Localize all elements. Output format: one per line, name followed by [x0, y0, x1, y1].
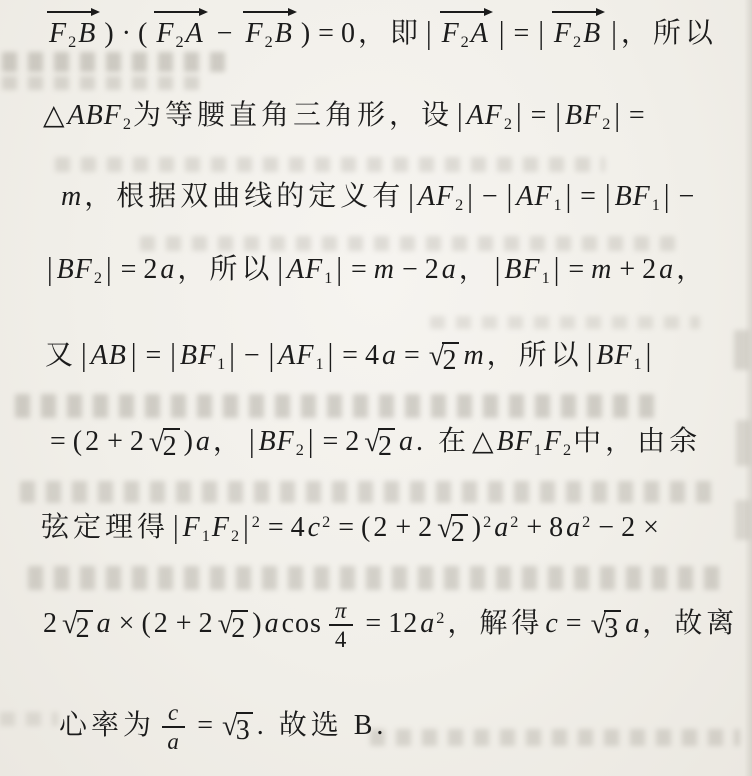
math-number: 2 — [621, 512, 636, 544]
subscript: 2 — [461, 33, 469, 52]
math-variable: a — [659, 254, 674, 286]
solution-line-9: 心率为ca=√3. 故选 B. — [58, 700, 388, 754]
bleed-through-smudge — [0, 712, 58, 726]
math-operator: − — [402, 254, 418, 286]
math-operator: − — [217, 18, 233, 50]
abs-bar: | — [646, 338, 652, 374]
solution-line-1: F2B)·(F2A−F2B)=0，即|F2A|=|F2B|，所以 — [42, 18, 718, 52]
abs-bar: | — [499, 16, 505, 52]
math-variable: AF — [516, 181, 552, 213]
subscript: 2 — [68, 33, 76, 52]
math-variable: BF — [504, 254, 540, 286]
text-run: ，解得 — [447, 608, 543, 640]
sqrt-group: √2 — [429, 342, 460, 375]
abs-bar: | — [131, 338, 137, 374]
subscript: 2 — [455, 196, 463, 215]
math-operator: = — [531, 100, 547, 132]
math-variable: a — [625, 608, 640, 640]
abs-bar: | — [243, 510, 249, 546]
math-operator: − — [598, 512, 614, 544]
solution-line-7: 弦定理得|F1F2|2=4c2=(2+2√2)2a2+8a2−2× — [40, 512, 665, 547]
subscript: 1 — [553, 196, 561, 215]
math-number: 4 — [335, 627, 347, 652]
subscript: 2 — [265, 33, 273, 52]
math-number: 2 — [425, 254, 440, 286]
abs-bar: | — [229, 338, 235, 374]
vector-arrow-icon — [440, 11, 485, 13]
solution-line-8: 2√2a×(2+2√2)acosπ4=12a2，解得 c=√3a，故离 — [42, 598, 739, 652]
math-variable: BF — [57, 254, 93, 286]
math-operator: = — [629, 100, 645, 132]
math-operator: + — [107, 426, 123, 458]
sqrt-group: √2 — [62, 610, 93, 643]
text-run: ，所以 — [177, 254, 273, 286]
superscript: 2 — [322, 513, 330, 532]
math-variable: BF — [565, 100, 601, 132]
solution-line-2: △ABF2 为等腰直角三角形，设|AF2|=|BF2|= — [42, 100, 651, 134]
math-variable: B — [78, 18, 96, 50]
subscript: 2 — [231, 527, 239, 546]
text-run: 为等腰直角三角形，设 — [133, 100, 453, 132]
radicand: 2 — [442, 342, 459, 375]
math-variable: BF — [497, 426, 533, 458]
scanned-solution-page: F2B)·(F2A−F2B)=0，即|F2A|=|F2B|，所以 △ABF2 为… — [0, 0, 752, 776]
subscript: 2 — [504, 115, 512, 134]
math-number: ( — [73, 426, 83, 458]
radicand: 2 — [76, 610, 93, 643]
bleed-through-smudge — [140, 236, 680, 251]
abs-bar: | — [269, 338, 275, 374]
math-variable: AF — [278, 340, 314, 372]
sqrt-group: √2 — [364, 428, 395, 461]
bleed-through-smudge — [430, 316, 700, 329]
abs-bar: | — [566, 179, 572, 215]
abs-bar: | — [408, 179, 414, 215]
radical-icon: √ — [591, 611, 607, 640]
superscript: 2 — [252, 513, 260, 532]
abs-bar: | — [426, 16, 432, 52]
math-operator: = — [50, 426, 66, 458]
text-run: ， — [213, 426, 245, 458]
math-operator: = — [145, 340, 161, 372]
math-operator: = — [268, 512, 284, 544]
subscript: 2 — [296, 441, 304, 460]
bleed-through-smudge — [15, 394, 655, 418]
vector-arrow-icon — [243, 11, 288, 13]
abs-bar: | — [170, 338, 176, 374]
math-variable: ABF — [68, 100, 122, 132]
radicand: 3 — [604, 610, 621, 643]
math-variable: a — [442, 254, 457, 286]
vector-arrow-icon — [154, 11, 199, 13]
vector-group: F2B — [46, 18, 99, 52]
math-number: ) — [184, 426, 194, 458]
sqrt-group: √2 — [218, 610, 249, 643]
math-number: ) — [252, 608, 262, 640]
sqrt-group: √3 — [222, 712, 253, 745]
text-run: 弦定理得 — [41, 512, 169, 544]
abs-bar: | — [507, 179, 513, 215]
vector-group: F2B — [242, 18, 295, 52]
math-operator: × — [643, 512, 659, 544]
vector-group: F2A — [153, 18, 206, 52]
math-variable: a — [494, 512, 509, 544]
abs-bar: | — [457, 98, 463, 134]
text-run: 中，由余 — [573, 426, 701, 458]
math-operator: = — [121, 254, 137, 286]
abs-bar: | — [47, 252, 53, 288]
subscript: 1 — [315, 355, 323, 374]
subscript: 1 — [324, 269, 332, 288]
denominator: 4 — [334, 626, 348, 652]
vector-group: F2B — [551, 18, 604, 52]
math-operator: × — [119, 608, 135, 640]
math-operator: = — [568, 254, 584, 286]
subscript: 1 — [202, 527, 210, 546]
math-variable: a — [566, 512, 581, 544]
subscript: 1 — [534, 441, 542, 460]
math-number: 2 — [418, 512, 433, 544]
math-operator: + — [395, 512, 411, 544]
math-variable: F — [156, 18, 174, 50]
math-variable: BF — [180, 340, 216, 372]
math-variable: AF — [418, 181, 454, 213]
math-number: ) — [104, 18, 114, 50]
subscript: 2 — [175, 33, 183, 52]
solution-line-4: |BF2|=2a，所以|AF1|=m−2a，|BF1|=m+2a， — [44, 254, 709, 288]
text-run: ， — [676, 254, 708, 286]
math-variable: π — [335, 598, 348, 623]
math-number: 2 — [143, 254, 158, 286]
math-operator: = — [404, 340, 420, 372]
math-variable: c — [545, 608, 558, 640]
sqrt-group: √2 — [149, 428, 180, 461]
math-variable: F — [49, 18, 67, 50]
text-run: . 故选 B. — [257, 710, 388, 742]
text-run: ，所以 — [487, 340, 583, 372]
radical-icon: √ — [62, 611, 78, 640]
math-number: 2 — [373, 512, 388, 544]
subscript: 1 — [634, 355, 642, 374]
math-variable: F — [245, 18, 263, 50]
vector-group: F2A — [439, 18, 492, 52]
math-number: 8 — [549, 512, 564, 544]
radicand: 2 — [451, 514, 468, 547]
text-run: ，根据双曲线的定义有 — [84, 181, 404, 213]
math-variable: a — [97, 608, 112, 640]
bleed-through-smudge — [55, 157, 605, 172]
math-variable: F — [183, 512, 201, 544]
math-variable: a — [382, 340, 397, 372]
math-variable: B — [275, 18, 293, 50]
radicand: 2 — [378, 428, 395, 461]
subscript: 2 — [563, 441, 571, 460]
math-variable: a — [420, 608, 435, 640]
math-operator: = — [318, 18, 334, 50]
subscript: 1 — [217, 355, 225, 374]
math-number: ( — [361, 512, 371, 544]
page-edge-shadow — [744, 0, 752, 776]
text-run: 又 — [45, 340, 77, 372]
math-operator: = — [342, 340, 358, 372]
math-variable: AF — [287, 254, 323, 286]
abs-bar: | — [554, 252, 560, 288]
math-number: 4 — [365, 340, 380, 372]
vector-arrow-icon — [552, 11, 597, 13]
math-variable: a — [160, 254, 175, 286]
math-variable: m — [374, 254, 395, 286]
math-number: 4 — [291, 512, 306, 544]
math-number: ) — [472, 512, 482, 544]
math-operator: = — [351, 254, 367, 286]
math-variable: BF — [615, 181, 651, 213]
math-variable: B — [583, 18, 601, 50]
abs-bar: | — [249, 424, 255, 460]
solution-line-6: =(2+2√2)a，|BF2|=2√2a. 在△BF1F2 中，由余 — [44, 426, 702, 461]
superscript: 2 — [436, 609, 444, 628]
math-number: ) — [301, 18, 311, 50]
math-operator: − — [482, 181, 498, 213]
math-variable: c — [168, 700, 179, 725]
math-variable: a — [265, 608, 280, 640]
math-variable: a — [167, 729, 179, 754]
math-variable: a — [196, 426, 211, 458]
math-operator: = — [514, 18, 530, 50]
subscript: 2 — [94, 269, 102, 288]
radicand: 3 — [236, 712, 253, 745]
math-operator: + — [619, 254, 635, 286]
superscript: 2 — [510, 513, 518, 532]
math-number: 2 — [85, 426, 100, 458]
abs-bar: | — [328, 338, 334, 374]
bleed-through-smudge — [2, 76, 202, 90]
abs-bar: | — [605, 179, 611, 215]
math-variable: BF — [259, 426, 295, 458]
abs-bar: | — [495, 252, 501, 288]
sqrt-group: √3 — [591, 610, 622, 643]
bleed-through-smudge — [370, 729, 740, 746]
math-variable: m — [61, 181, 82, 213]
math-variable: m — [463, 340, 484, 372]
bleed-through-smudge — [20, 481, 720, 503]
subscript: 2 — [602, 115, 610, 134]
math-number: 2 — [345, 426, 360, 458]
math-number: △ — [43, 100, 66, 132]
text-run: ，所以 — [621, 18, 717, 50]
fraction: π4 — [329, 598, 354, 652]
text-run: ， — [459, 254, 491, 286]
math-variable: F — [212, 512, 230, 544]
abs-bar: | — [664, 179, 670, 215]
numerator: c — [162, 700, 185, 728]
math-operator: = — [365, 608, 381, 640]
math-number: 2 — [642, 254, 657, 286]
numerator: π — [329, 598, 354, 626]
superscript: 2 — [582, 513, 590, 532]
abs-bar: | — [555, 98, 561, 134]
abs-bar: | — [106, 252, 112, 288]
abs-bar: | — [467, 179, 473, 215]
math-variable: AB — [91, 340, 127, 372]
math-number: △ — [472, 426, 495, 458]
radical-icon: √ — [429, 343, 445, 372]
subscript: 1 — [652, 196, 660, 215]
radicand: 2 — [163, 428, 180, 461]
text-run: ，故离 — [642, 608, 738, 640]
math-operator: = — [580, 181, 596, 213]
math-number: 12 — [388, 608, 418, 640]
math-operator: = — [566, 608, 582, 640]
abs-bar: | — [173, 510, 179, 546]
radical-icon: √ — [364, 429, 380, 458]
math-variable: A — [471, 18, 489, 50]
math-number: cos — [282, 608, 322, 640]
math-variable: F — [554, 18, 572, 50]
math-operator: − — [679, 181, 695, 213]
math-variable: F — [544, 426, 562, 458]
fraction: ca — [162, 700, 185, 754]
vector-arrow-icon — [47, 11, 92, 13]
bleed-through-smudge — [2, 52, 230, 72]
math-number: 2 — [130, 426, 145, 458]
text-run: 心率为 — [59, 710, 155, 742]
math-variable: AF — [467, 100, 503, 132]
math-number: 2 — [154, 608, 169, 640]
radical-icon: √ — [437, 515, 453, 544]
math-variable: c — [308, 512, 321, 544]
subscript: 1 — [542, 269, 550, 288]
radicand: 2 — [231, 610, 248, 643]
math-operator: = — [323, 426, 339, 458]
abs-bar: | — [308, 424, 314, 460]
abs-bar: | — [81, 338, 87, 374]
math-number: 2 — [199, 608, 214, 640]
math-variable: F — [442, 18, 460, 50]
math-operator: + — [526, 512, 542, 544]
abs-bar: | — [336, 252, 342, 288]
denominator: a — [167, 728, 179, 754]
solution-line-3: m，根据双曲线的定义有|AF2|−|AF1|=|BF1|− — [60, 181, 700, 215]
abs-bar: | — [587, 338, 593, 374]
text-run: ，即 — [358, 18, 422, 50]
bleed-through-smudge — [28, 566, 728, 590]
math-variable: a — [399, 426, 414, 458]
math-variable: BF — [596, 340, 632, 372]
math-number: 0 — [341, 18, 356, 50]
text-run: . 在 — [416, 426, 470, 458]
radical-icon: √ — [149, 429, 165, 458]
math-operator: − — [244, 340, 260, 372]
math-number: ( — [141, 608, 151, 640]
subscript: 2 — [573, 33, 581, 52]
radical-icon: √ — [222, 713, 238, 742]
solution-line-5: 又|AB|=|BF1|−|AF1|=4a=√2m，所以|BF1| — [44, 340, 654, 375]
math-variable: A — [186, 18, 204, 50]
abs-bar: | — [614, 98, 620, 134]
abs-bar: | — [538, 16, 544, 52]
math-operator: + — [176, 608, 192, 640]
math-operator: = — [197, 710, 213, 742]
abs-bar: | — [516, 98, 522, 134]
math-number: 2 — [43, 608, 58, 640]
subscript: 2 — [123, 115, 131, 134]
radical-icon: √ — [218, 611, 234, 640]
abs-bar: | — [611, 16, 617, 52]
sqrt-group: √2 — [437, 514, 468, 547]
abs-bar: | — [277, 252, 283, 288]
math-variable: m — [591, 254, 612, 286]
math-number: ( — [138, 18, 148, 50]
math-operator: = — [338, 512, 354, 544]
math-operator: · — [122, 18, 131, 50]
superscript: 2 — [483, 513, 491, 532]
